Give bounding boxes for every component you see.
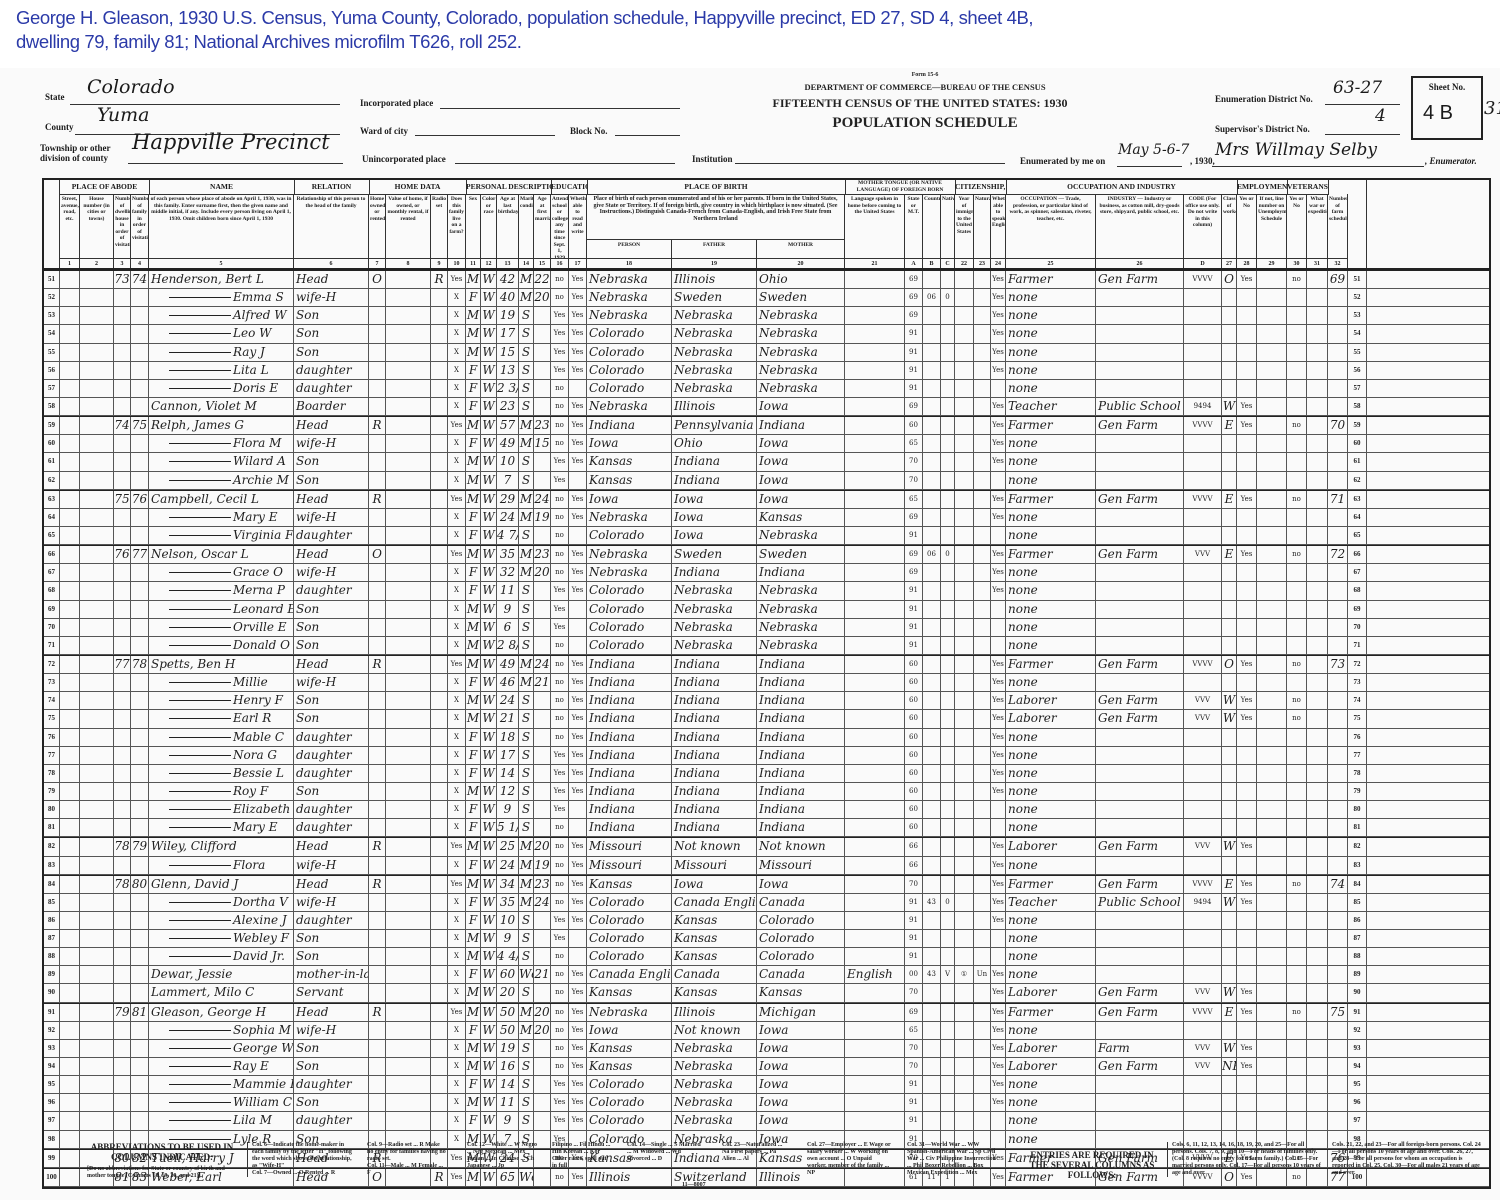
cell-fbp: Kansas	[672, 930, 757, 947]
cell-unemp	[1257, 966, 1287, 983]
county-field: County Yuma	[45, 122, 74, 133]
cell-code	[1184, 1076, 1222, 1093]
cell-a: 91	[905, 1094, 923, 1111]
cell-nat	[974, 307, 991, 324]
cell-farmsch	[1328, 838, 1348, 855]
cell-cls	[1222, 801, 1237, 818]
cell-agem	[534, 984, 551, 1001]
cell-mar: S	[519, 783, 534, 800]
cell-emp	[1237, 619, 1257, 636]
cell-mbp: Nebraska	[757, 380, 845, 397]
cell-race: W	[481, 289, 497, 306]
column-number-22: 22	[955, 258, 974, 268]
sheet-number-box: Sheet No. 4 B	[1411, 76, 1483, 140]
cell-street	[60, 564, 80, 581]
cell-fbp: Nebraska	[672, 1076, 757, 1093]
cell-mar: S	[519, 582, 534, 599]
cell-war	[1307, 325, 1328, 342]
cell-a: 91	[905, 582, 923, 599]
cell-emp: Yes	[1237, 271, 1257, 288]
cell-own	[369, 765, 386, 782]
cell-b	[923, 912, 941, 929]
cell-vet	[1287, 619, 1307, 636]
cell-imm: ①	[955, 966, 974, 983]
cell-imm	[955, 656, 974, 673]
cell-line: 72	[44, 656, 60, 673]
cell-read: Yes	[569, 582, 587, 599]
cell-occ: none	[1006, 1094, 1096, 1111]
cell-name: Leonard E	[149, 601, 294, 618]
table-row: 71Donald OSonXMW2 8/12SnoColoradoNebrask…	[44, 637, 1489, 655]
table-row: 87Webley FSonXMW9SYesColoradoKansasColor…	[44, 930, 1489, 948]
cell-val	[386, 692, 431, 709]
cell-name: Donald O	[149, 637, 294, 654]
cell-bp: Colorado	[587, 601, 672, 618]
cell-fbp: Nebraska	[672, 637, 757, 654]
cell-ind	[1096, 380, 1184, 397]
given-name: Leo W	[233, 326, 271, 340]
cell-agem	[534, 819, 551, 836]
cell-sch: no	[551, 527, 569, 544]
cell-line: 89	[44, 966, 60, 983]
cell-war	[1307, 801, 1328, 818]
cell-sch: Yes	[551, 453, 569, 470]
cell-dw	[114, 857, 131, 874]
county-value: Yuma	[97, 104, 149, 126]
cell-mbp: Indiana	[757, 729, 845, 746]
cell-line2: 81	[1348, 819, 1367, 836]
cell-cls	[1222, 325, 1237, 342]
cell-c	[941, 417, 955, 434]
cell-fam: 76	[131, 491, 149, 508]
cell-val	[386, 876, 431, 893]
cell-a: 70	[905, 472, 923, 489]
enumerator-underline	[1212, 166, 1424, 167]
cell-street	[60, 362, 80, 379]
cell-occ: Laborer	[1006, 984, 1096, 1001]
cell-b	[923, 1094, 941, 1111]
cell-a: 69	[905, 307, 923, 324]
cell-eng: Yes	[991, 692, 1006, 709]
given-name: Webley F	[233, 931, 289, 945]
cell-radio	[431, 1058, 448, 1075]
cell-occ: Laborer	[1006, 838, 1096, 855]
table-row: 65Virginia FdaughterXFW4 7/12SnoColorado…	[44, 527, 1489, 545]
cell-farmsch	[1328, 692, 1348, 709]
cell-name: Orville E	[149, 619, 294, 636]
cell-mar: M	[519, 546, 534, 563]
cell-vet	[1287, 509, 1307, 526]
cell-war	[1307, 472, 1328, 489]
cell-nat	[974, 271, 991, 288]
cell-emp	[1237, 307, 1257, 324]
cell-nat	[974, 838, 991, 855]
given-name: Sophia M	[233, 1023, 291, 1037]
cell-mbp: Iowa	[757, 876, 845, 893]
cell-eng: Yes	[991, 876, 1006, 893]
cell-cls: W	[1222, 838, 1237, 855]
cell-cls: W	[1222, 894, 1237, 911]
cell-unemp	[1257, 710, 1287, 727]
cell-ind	[1096, 325, 1184, 342]
cell-dw: 79	[114, 1004, 131, 1021]
cell-radio	[431, 801, 448, 818]
cell-sex: F	[466, 966, 481, 983]
cell-b: 06	[923, 289, 941, 306]
table-row: 917981Gleason, George HHeadRYesMW50M20no…	[44, 1003, 1489, 1022]
cell-b	[923, 271, 941, 288]
cell-lang	[845, 838, 905, 855]
cell-line: 88	[44, 948, 60, 965]
cell-bp: Iowa	[587, 491, 672, 508]
cell-line2: 90	[1348, 984, 1367, 1001]
cell-lang	[845, 1004, 905, 1021]
cell-unemp	[1257, 930, 1287, 947]
cell-line: 96	[44, 1094, 60, 1111]
cell-rel: Son	[294, 930, 369, 947]
cell-mbp: Nebraska	[757, 619, 845, 636]
ditto-dash	[169, 590, 231, 591]
cell-fam	[131, 1022, 149, 1039]
cell-farmsch: 69	[1328, 271, 1348, 288]
cell-street	[60, 1004, 80, 1021]
cell-sex: M	[466, 491, 481, 508]
cell-age: 17	[497, 325, 519, 342]
cell-vet	[1287, 1112, 1307, 1129]
cell-line2: 94	[1348, 1058, 1367, 1075]
cell-emp: Yes	[1237, 656, 1257, 673]
state-value: Colorado	[87, 76, 175, 98]
cell-b	[923, 344, 941, 361]
cell-read: Yes	[569, 710, 587, 727]
cell-age: 46	[497, 674, 519, 691]
cell-bp: Colorado	[587, 362, 672, 379]
cell-fbp: Indiana	[672, 729, 757, 746]
cell-imm	[955, 362, 974, 379]
col9-note: Col. 9—Radio set ... R Make no entry for…	[367, 1142, 447, 1177]
cell-imm	[955, 692, 974, 709]
cell-code	[1184, 948, 1222, 965]
cell-a: 91	[905, 637, 923, 654]
cell-own: R	[369, 838, 386, 855]
cell-fbp: Indiana	[672, 747, 757, 764]
cell-val	[386, 857, 431, 874]
cell-fbp: Iowa	[672, 527, 757, 544]
cell-line: 73	[44, 674, 60, 691]
cell-cls	[1222, 564, 1237, 581]
cell-nat	[974, 930, 991, 947]
cell-emp	[1237, 912, 1257, 929]
cell-sch: no	[551, 398, 569, 415]
cell-bp: Indiana	[587, 710, 672, 727]
cell-race: W	[481, 747, 497, 764]
cell-mbp: Canada	[757, 894, 845, 911]
column-header-19: FATHER	[672, 240, 757, 258]
cell-farmsch	[1328, 747, 1348, 764]
cell-eng: Yes	[991, 1022, 1006, 1039]
cell-war	[1307, 984, 1328, 1001]
cell-mbp: Nebraska	[757, 344, 845, 361]
cell-street	[60, 984, 80, 1001]
cell-war	[1307, 527, 1328, 544]
cell-a: 70	[905, 984, 923, 1001]
cell-b	[923, 984, 941, 1001]
cell-dw: 74	[114, 417, 131, 434]
cell-farm: X	[448, 637, 466, 654]
cell-a: 60	[905, 656, 923, 673]
sd-underline	[1325, 134, 1400, 135]
cell-line2: 95	[1348, 1076, 1367, 1093]
unincorporated-underline	[455, 163, 675, 164]
cell-read: Yes	[569, 912, 587, 929]
cell-name: Alexine J	[149, 912, 294, 929]
cell-sch: Yes	[551, 801, 569, 818]
cell-ind	[1096, 435, 1184, 452]
cell-age: 21	[497, 710, 519, 727]
cell-radio	[431, 966, 448, 983]
cell-age: 2 8/12	[497, 637, 519, 654]
cell-eng	[991, 819, 1006, 836]
cell-line2: 75	[1348, 710, 1367, 727]
block-field: Block No.	[570, 126, 608, 137]
cell-fam: 77	[131, 546, 149, 563]
cell-a: 65	[905, 435, 923, 452]
column-number-A: A	[905, 258, 923, 268]
cell-nat	[974, 1004, 991, 1021]
cell-lang	[845, 1076, 905, 1093]
cell-eng: Yes	[991, 674, 1006, 691]
cell-mar: S	[519, 307, 534, 324]
cell-street	[60, 289, 80, 306]
cell-fam	[131, 380, 149, 397]
cell-cls	[1222, 765, 1237, 782]
cell-lang	[845, 1058, 905, 1075]
cell-war	[1307, 601, 1328, 618]
cell-farm: X	[448, 1058, 466, 1075]
cell-imm	[955, 729, 974, 746]
cell-radio	[431, 564, 448, 581]
cell-bp: Colorado	[587, 582, 672, 599]
cell-bp: Colorado	[587, 380, 672, 397]
cell-age: 19	[497, 307, 519, 324]
cell-line2: 79	[1348, 783, 1367, 800]
cell-own	[369, 472, 386, 489]
cell-farm: X	[448, 765, 466, 782]
cell-c	[941, 838, 955, 855]
cell-c	[941, 307, 955, 324]
cell-cls	[1222, 453, 1237, 470]
cell-war	[1307, 453, 1328, 470]
cell-line2: 71	[1348, 637, 1367, 654]
cell-race: W	[481, 1004, 497, 1021]
group-header-employment: EMPLOYMENT	[1237, 180, 1288, 195]
cell-lang	[845, 710, 905, 727]
cell-fbp: Illinois	[672, 1004, 757, 1021]
cell-mar: S	[519, 801, 534, 818]
cell-radio	[431, 509, 448, 526]
cell-own	[369, 1022, 386, 1039]
column-number-B: B	[923, 258, 941, 268]
cell-emp: Yes	[1237, 1040, 1257, 1057]
cell-imm	[955, 747, 974, 764]
cell-ind: Gen Farm	[1096, 656, 1184, 673]
cell-street	[60, 948, 80, 965]
cell-line2: 69	[1348, 601, 1367, 618]
cell-code: VVV	[1184, 546, 1222, 563]
cell-lang	[845, 656, 905, 673]
cell-vet	[1287, 894, 1307, 911]
cell-sch: no	[551, 1004, 569, 1021]
cell-age: 5 1/2	[497, 819, 519, 836]
cell-unemp	[1257, 435, 1287, 452]
cell-nat	[974, 601, 991, 618]
cell-cls: E	[1222, 1004, 1237, 1021]
cell-bp: Missouri	[587, 857, 672, 874]
cell-name: Glenn, David J	[149, 876, 294, 893]
cell-read: Yes	[569, 747, 587, 764]
cell-agem	[534, 325, 551, 342]
cell-imm	[955, 325, 974, 342]
cell-a: 91	[905, 344, 923, 361]
cell-fam: 75	[131, 417, 149, 434]
cell-agem	[534, 692, 551, 709]
cell-age: 10	[497, 912, 519, 929]
cell-ind: Gen Farm	[1096, 876, 1184, 893]
cell-b	[923, 582, 941, 599]
cell-name: Virginia F	[149, 527, 294, 544]
column-number-8: 8	[386, 258, 431, 268]
cell-occ: Teacher	[1006, 894, 1096, 911]
cell-own: O	[369, 546, 386, 563]
cell-farmsch	[1328, 710, 1348, 727]
given-name: Donald O	[233, 638, 290, 652]
column-header-22: Year of immigration to the United States	[955, 194, 974, 258]
cell-c	[941, 912, 955, 929]
cell-nat	[974, 674, 991, 691]
cell-eng: Yes	[991, 966, 1006, 983]
ditto-dash	[169, 809, 231, 810]
cell-line: 60	[44, 435, 60, 452]
cell-lang	[845, 1094, 905, 1111]
cell-name: Alfred W	[149, 307, 294, 324]
cell-war	[1307, 491, 1328, 508]
cell-vet	[1287, 564, 1307, 581]
cell-fbp: Canada English	[672, 894, 757, 911]
cell-nat	[974, 729, 991, 746]
col12-note: Col. 12—White ... W Negro ... Neg Mexica…	[467, 1142, 537, 1170]
column-number-20: 20	[757, 258, 845, 268]
cell-vet: no	[1287, 491, 1307, 508]
cell-lang	[845, 619, 905, 636]
cell-sex: M	[466, 472, 481, 489]
cell-house	[80, 1094, 114, 1111]
column-header-8: Value of home, if owned, or monthly rent…	[386, 194, 431, 258]
cell-mbp: Iowa	[757, 1058, 845, 1075]
cell-b	[923, 1004, 941, 1021]
given-name: Archie M	[233, 473, 289, 487]
cell-farmsch	[1328, 1040, 1348, 1057]
cell-radio	[431, 1040, 448, 1057]
cell-radio	[431, 325, 448, 342]
cell-race: W	[481, 601, 497, 618]
cell-dw	[114, 307, 131, 324]
table-row: 76Mable CdaughterXFW18SnoYesIndianaIndia…	[44, 729, 1489, 747]
cell-val	[386, 984, 431, 1001]
cell-radio	[431, 948, 448, 965]
cell-mbp: Iowa	[757, 1094, 845, 1111]
cell-code	[1184, 1022, 1222, 1039]
cell-radio	[431, 398, 448, 415]
cell-farm: X	[448, 966, 466, 983]
township-underline	[128, 163, 343, 164]
cell-c	[941, 509, 955, 526]
cell-sex: M	[466, 783, 481, 800]
table-row: 96William CSonXMW11SYesYesColoradoNebras…	[44, 1094, 1489, 1112]
cell-eng	[991, 380, 1006, 397]
cell-nat	[974, 619, 991, 636]
cell-sex: M	[466, 656, 481, 673]
cell-occ: none	[1006, 307, 1096, 324]
cell-house	[80, 1058, 114, 1075]
cell-street	[60, 819, 80, 836]
cell-emp: Yes	[1237, 546, 1257, 563]
cell-sch: Yes	[551, 472, 569, 489]
cell-name: Grace O	[149, 564, 294, 581]
ditto-dash	[169, 370, 231, 371]
cell-eng: Yes	[991, 546, 1006, 563]
cell-street	[60, 747, 80, 764]
cell-farm: X	[448, 325, 466, 342]
cell-imm	[955, 380, 974, 397]
cell-sex: M	[466, 838, 481, 855]
cell-agem	[534, 307, 551, 324]
cell-farm: X	[448, 912, 466, 929]
enumerator-name: Mrs Willmay Selby	[1215, 140, 1377, 160]
cell-line: 67	[44, 564, 60, 581]
cell-bp: Nebraska	[587, 398, 672, 415]
cell-b	[923, 509, 941, 526]
column-header-12: Color or race	[481, 194, 497, 258]
cell-b	[923, 1040, 941, 1057]
cell-age: 34	[497, 876, 519, 893]
cell-farmsch: 70	[1328, 417, 1348, 434]
cell-code	[1184, 619, 1222, 636]
cell-unemp	[1257, 857, 1287, 874]
cell-imm	[955, 619, 974, 636]
entries-list-1: Cols. 6, 11, 12, 13, 14, 16, 18, 19, 20,…	[1167, 1142, 1322, 1177]
cell-mbp: Iowa	[757, 435, 845, 452]
cell-line2: 86	[1348, 912, 1367, 929]
cell-race: W	[481, 876, 497, 893]
cell-fam: 81	[131, 1004, 149, 1021]
cell-name: Lammert, Milo C	[149, 984, 294, 1001]
cell-war	[1307, 783, 1328, 800]
cell-line: 53	[44, 307, 60, 324]
cell-farmsch	[1328, 1058, 1348, 1075]
cell-sex: F	[466, 564, 481, 581]
cell-own	[369, 362, 386, 379]
table-row: 57Doris EdaughterXFW2 3/12SnoColoradoNeb…	[44, 380, 1489, 398]
cell-name: Ray J	[149, 344, 294, 361]
cell-cls	[1222, 948, 1237, 965]
cell-fbp: Indiana	[672, 472, 757, 489]
column-number-21: 21	[845, 258, 905, 268]
cell-dw	[114, 325, 131, 342]
table-row: 89Dewar, Jessiemother-in-lawXFW60Wd21noY…	[44, 966, 1489, 984]
cell-dw	[114, 894, 131, 911]
cell-bp: Indiana	[587, 765, 672, 782]
cell-dw: 77	[114, 656, 131, 673]
